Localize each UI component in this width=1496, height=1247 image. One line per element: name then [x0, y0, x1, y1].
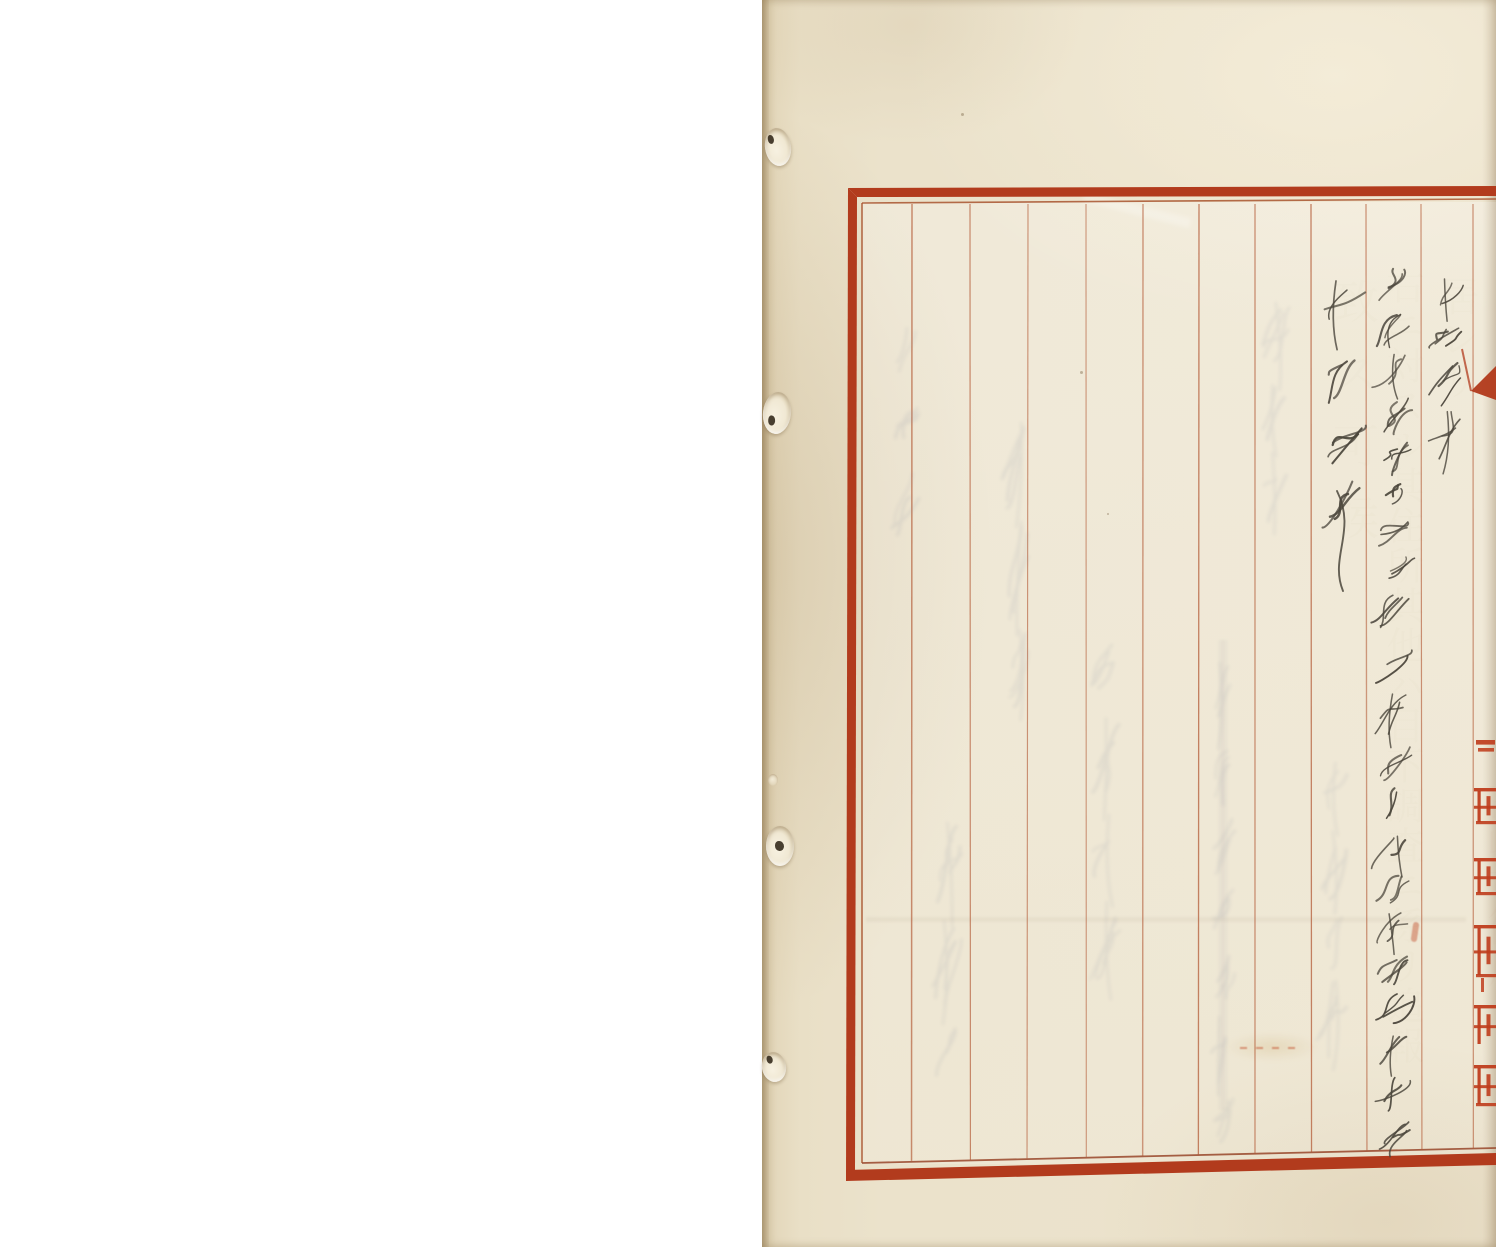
screenshot-root: 居レリ 右ニ対スル其住所其他ハ目下調査ニ係リ追報 致ス可候 高崎市御用	[0, 0, 1496, 1247]
binding-hole-speck	[775, 841, 784, 851]
binding-hole-speck	[767, 135, 774, 145]
handwriting-transcript-column-1: 居レリ	[1428, 276, 1485, 446]
binding-hole	[766, 826, 794, 866]
imprint-transcript: 高崎市御用	[1476, 780, 1496, 1120]
paper-crease-vertical	[1217, 640, 1229, 1110]
paper-speck	[1080, 371, 1083, 374]
binding-hole-speck	[766, 1055, 773, 1064]
paper-dimple	[768, 774, 778, 786]
handwriting-transcript-column-3: 致ス可候	[1320, 278, 1386, 578]
binding-hole-speck	[768, 415, 776, 426]
paper-speck	[961, 113, 964, 116]
left-gutter	[0, 0, 762, 1247]
paper-speck	[1107, 513, 1109, 515]
paper-stain	[1224, 1032, 1320, 1062]
